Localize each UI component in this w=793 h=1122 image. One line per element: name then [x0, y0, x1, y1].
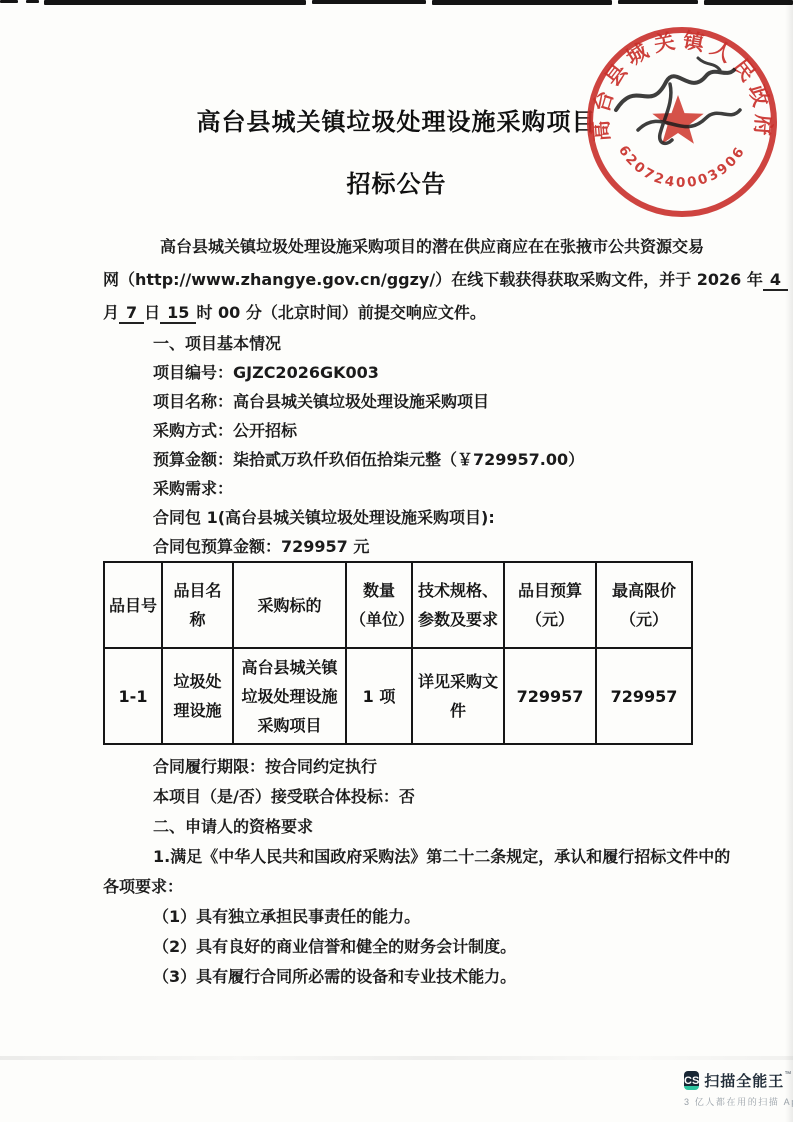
cell-quantity: 1 项 [346, 648, 412, 744]
document-body: 高台县城关镇垃圾处理设施采购项目的潜在供应商应在在张掖市公共资源交易 网（htt… [103, 230, 692, 992]
official-seal: 高台县城关镇人民政府 6207240003906 [578, 18, 786, 226]
camscanner-app-name: 扫描全能王 [704, 1070, 784, 1091]
field-budget-amount: 预算金额：柒拾贰万玖仟玖佰伍拾柒元整（￥729957.00） [103, 445, 692, 474]
field-package-budget: 合同包预算金额：729957 元 [103, 532, 692, 561]
table-row: 1-1 垃圾处理设施 高台县城关镇垃圾处理设施采购项目 1 项 详见采购文件 7… [104, 648, 692, 744]
field-contract-package: 合同包 1(高台县城关镇垃圾处理设施采购项目): [103, 503, 692, 532]
col-header-subject: 采购标的 [233, 562, 346, 648]
cell-item-budget: 729957 [504, 648, 596, 744]
cell-item-no: 1-1 [104, 648, 162, 744]
col-header-item-budget: 品目预算（元） [504, 562, 596, 648]
underlined-month-value: 4 [763, 270, 788, 291]
field-consortium-bidding: 本项目（是/否）接受联合体投标：否 [103, 782, 692, 812]
requirement-item-2: （2）具有良好的商业信誉和健全的财务会计制度。 [103, 932, 692, 962]
requirement-line-2: 各项要求： [103, 872, 692, 902]
procurement-items-table: 品目号 品目名称 采购标的 数量（单位） 技术规格、参数及要求 品目预算（元） … [103, 561, 693, 745]
scan-smudge-line [0, 1056, 793, 1060]
col-header-quantity: 数量（单位） [346, 562, 412, 648]
col-header-item-no: 品目号 [104, 562, 162, 648]
section1-heading: 一、项目基本情况 [103, 329, 692, 358]
camscanner-logo-icon: CS [684, 1071, 699, 1090]
col-header-price-ceiling: 最高限价（元） [596, 562, 692, 648]
cell-specs: 详见采购文件 [412, 648, 504, 744]
underlined-hour-value: 15 [160, 303, 196, 324]
scanned-document-page: 高台县城关镇人民政府 6207240003906 高台县城关镇垃圾处理设施采购项… [0, 0, 793, 1122]
cell-price-ceiling: 729957 [596, 648, 692, 744]
field-procurement-method: 采购方式：公开招标 [103, 416, 692, 445]
field-demand-label: 采购需求： [103, 474, 692, 503]
field-contract-performance: 合同履行期限：按合同约定执行 [103, 752, 692, 782]
field-project-name: 项目名称：高台县城关镇垃圾处理设施采购项目 [103, 387, 692, 416]
cell-subject: 高台县城关镇垃圾处理设施采购项目 [233, 648, 346, 744]
intro-line-2: 网（http://www.zhangye.gov.cn/ggzy/）在线下载获得… [103, 263, 692, 296]
requirement-line-1: 1.满足《中华人民共和国政府采购法》第二十二条规定，承认和履行招标文件中的 [103, 842, 692, 872]
underlined-day-value: 7 [119, 303, 144, 324]
seal-serial-number: 6207240003906 [615, 143, 749, 191]
section2-heading: 二、申请人的资格要求 [103, 812, 692, 842]
camscanner-watermark: CS 扫描全能王 ™ 3 亿人都在用的扫描 App [684, 1070, 779, 1108]
requirement-item-3: （3）具有履行合同所必需的设备和专业技术能力。 [103, 962, 692, 992]
col-header-specs: 技术规格、参数及要求 [412, 562, 504, 648]
table-header-row: 品目号 品目名称 采购标的 数量（单位） 技术规格、参数及要求 品目预算（元） … [104, 562, 692, 648]
camscanner-tagline: 3 亿人都在用的扫描 App [684, 1095, 779, 1108]
trademark-mark: ™ [784, 1071, 791, 1078]
cell-item-name: 垃圾处理设施 [162, 648, 233, 744]
svg-text:6207240003906: 6207240003906 [615, 143, 749, 191]
field-project-number: 项目编号：GJZC2026GK003 [103, 358, 692, 387]
intro-line-3: 月7日15时 00 分（北京时间）前提交响应文件。 [103, 296, 692, 329]
col-header-item-name: 品目名称 [162, 562, 233, 648]
requirement-item-1: （1）具有独立承担民事责任的能力。 [103, 902, 692, 932]
intro-line-1: 高台县城关镇垃圾处理设施采购项目的潜在供应商应在在张掖市公共资源交易 [103, 230, 692, 263]
